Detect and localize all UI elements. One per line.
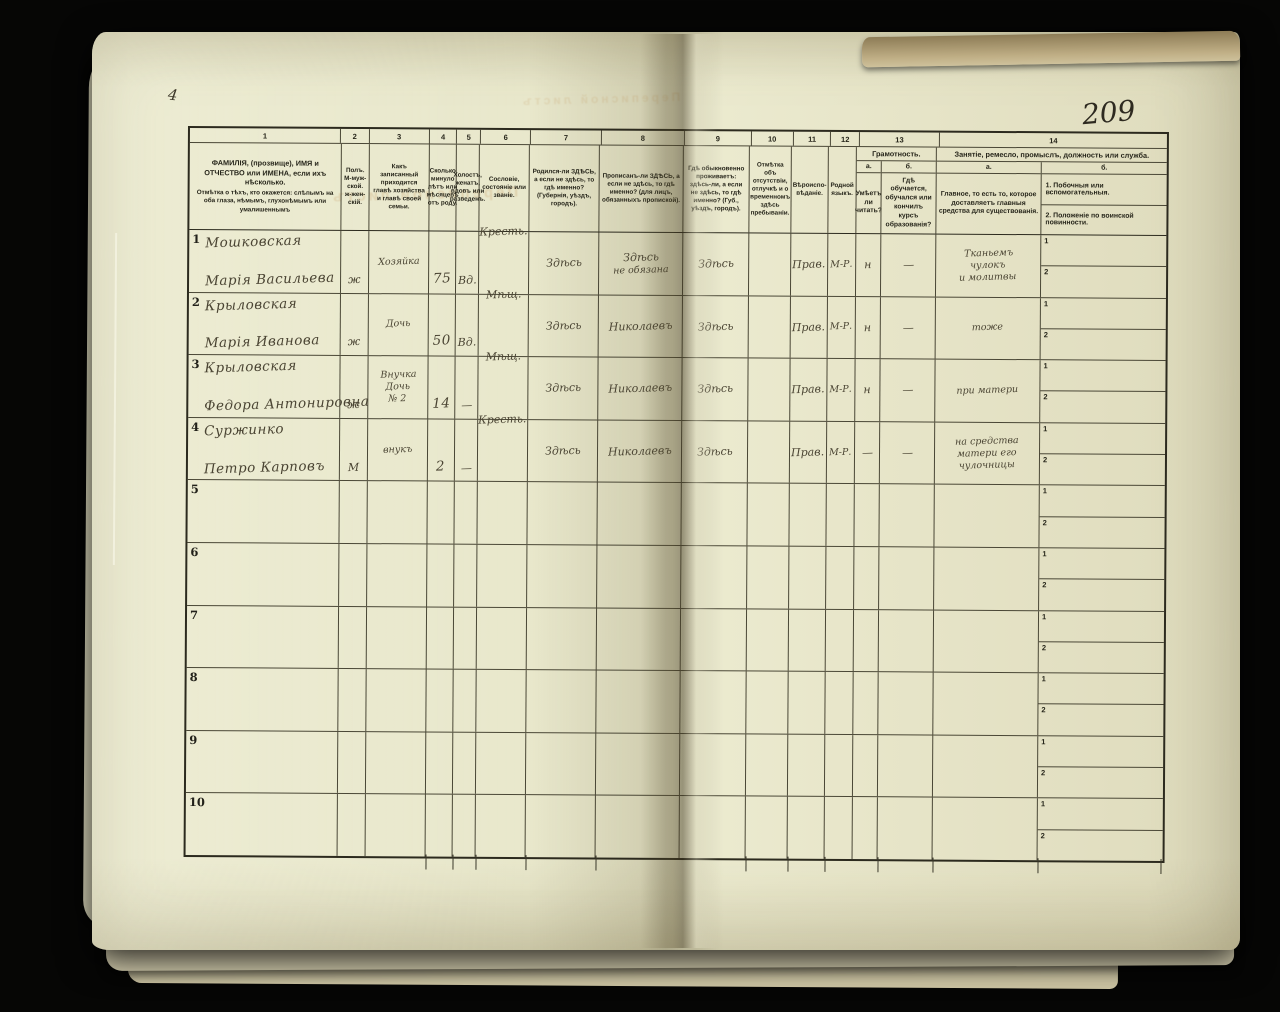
sublabel-b: б. bbox=[1042, 162, 1167, 175]
cell-residence bbox=[680, 671, 746, 733]
cell-language bbox=[825, 735, 853, 797]
cell-sex bbox=[339, 544, 367, 606]
relation-line1: Дочь bbox=[386, 318, 411, 331]
cell-absence bbox=[749, 296, 791, 358]
marital-handwriting: Вд. bbox=[457, 336, 476, 350]
cell-birthplace bbox=[527, 608, 597, 670]
cell-name: 4 Суржинко Петро Карповъ bbox=[188, 418, 340, 481]
row-number: 4 bbox=[191, 420, 199, 434]
table-row: 5 bbox=[187, 480, 1164, 549]
cell-residence bbox=[681, 546, 747, 608]
sex-handwriting: ж bbox=[348, 335, 361, 349]
col-number: 2 bbox=[341, 129, 370, 143]
side-occupation-slot2: 2 bbox=[1039, 517, 1164, 548]
relation-line2: Дочь bbox=[385, 381, 410, 394]
header-can-read: Умѣетъ ли читать? bbox=[856, 173, 880, 233]
relation-line1: внукъ bbox=[383, 444, 413, 457]
cell-residence: Здѣсь bbox=[683, 296, 749, 358]
slot2-label: 2 bbox=[1041, 706, 1045, 715]
surname-handwriting bbox=[202, 732, 335, 736]
slot2-label: 2 bbox=[1041, 831, 1045, 840]
cell-can-read bbox=[853, 797, 878, 859]
slot2-label: 2 bbox=[1042, 580, 1046, 589]
language-handwriting: М-Р. bbox=[830, 259, 853, 272]
col-number: 3 bbox=[370, 129, 430, 143]
cell-side-occupation: 1 2 bbox=[1040, 423, 1165, 485]
side-occupation-slot2: 2 bbox=[1038, 830, 1163, 861]
slot2-label: 2 bbox=[1044, 330, 1048, 339]
cell-relation bbox=[367, 607, 427, 669]
table-row: 4 Суржинко Петро Карповъ М внукъ 2 — Кре… bbox=[188, 418, 1165, 487]
header-occupation-side1: 1. Побочныя или вспомогательныя. bbox=[1042, 174, 1167, 205]
cell-side-occupation: 1 2 bbox=[1039, 548, 1164, 610]
cell-age: 2 bbox=[428, 419, 455, 481]
surname-handwriting bbox=[203, 545, 336, 549]
cell-occupation bbox=[933, 673, 1038, 735]
cell-language: М-Р. bbox=[828, 234, 856, 296]
religion-handwriting: Прав. bbox=[792, 382, 825, 397]
cell-occupation bbox=[934, 610, 1039, 672]
slot1-label: 1 bbox=[1042, 612, 1046, 621]
header-estate: Сословіе, состояніе или званіе. bbox=[479, 145, 530, 231]
education-handwriting: — bbox=[901, 446, 912, 460]
cell-age bbox=[426, 795, 453, 857]
cell-sex bbox=[338, 732, 366, 794]
given-name-handwriting bbox=[202, 787, 335, 791]
col-number: 8 bbox=[601, 131, 685, 146]
relation-line3: № 2 bbox=[389, 393, 407, 405]
cell-age bbox=[427, 482, 454, 544]
cell-marital bbox=[453, 670, 476, 732]
cell-estate bbox=[477, 545, 527, 607]
cell-language bbox=[825, 672, 853, 734]
cell-registration bbox=[597, 483, 681, 545]
cell-registration: Николаевъ bbox=[598, 420, 682, 482]
given-name-handwriting: Федора Антонировна bbox=[204, 395, 337, 416]
estate-handwriting: Мѣщ. bbox=[485, 350, 521, 365]
cell-absence bbox=[747, 484, 789, 546]
given-name-handwriting: Марія Васильева bbox=[205, 269, 338, 290]
sublabel-a: а. bbox=[857, 161, 881, 173]
residence-handwriting: Здѣсь bbox=[696, 444, 732, 459]
given-name-handwriting bbox=[203, 662, 336, 666]
slot1-label: 1 bbox=[1043, 487, 1047, 496]
relation-line1: Хозяйка bbox=[378, 256, 420, 269]
row-number: 3 bbox=[192, 357, 200, 371]
religion-handwriting: Прав. bbox=[792, 320, 825, 335]
cell-sex: ж bbox=[340, 356, 368, 418]
cell-registration: Николаевъ bbox=[599, 295, 683, 357]
slot2-label: 2 bbox=[1043, 455, 1047, 464]
cell-can-read bbox=[854, 547, 879, 609]
sex-handwriting: ж bbox=[347, 398, 360, 412]
cell-residence bbox=[681, 609, 747, 671]
header-occupation-main-text: Главное, то есть то, которое доставляетъ… bbox=[936, 174, 1040, 235]
row-number: 6 bbox=[190, 545, 198, 559]
side-occupation-slot1: 1 bbox=[1038, 673, 1163, 705]
cell-education: — bbox=[881, 297, 936, 359]
surname-handwriting bbox=[203, 607, 336, 611]
given-name-handwriting: Петро Карповъ bbox=[204, 457, 337, 478]
occupation-line1: тоже bbox=[972, 322, 1003, 335]
row-number: 5 bbox=[191, 482, 199, 496]
registration-line1: Николаевъ bbox=[608, 318, 672, 334]
header-literacy-a: а. Умѣетъ ли читать? bbox=[856, 161, 881, 233]
header-occupation-side: б. 1. Побочныя или вспомогательныя. 2. П… bbox=[1041, 162, 1166, 235]
marital-handwriting: Вд. bbox=[458, 273, 477, 287]
cell-name: 3 Крыловская Федора Антонировна bbox=[188, 355, 340, 418]
slot1-label: 1 bbox=[1044, 236, 1048, 245]
header-occupation-group: Занятіе, ремесло, промыслъ, должность ил… bbox=[936, 148, 1167, 235]
cell-education: — bbox=[880, 359, 935, 421]
religion-handwriting: Прав. bbox=[792, 257, 825, 272]
header-language: Родной языкъ. bbox=[828, 147, 857, 233]
cell-language bbox=[826, 609, 854, 671]
cell-marital: — bbox=[455, 357, 478, 419]
handwritten-sheet-number: 4 bbox=[167, 85, 179, 104]
header-religion: Вѣроиспо-вѣданіе. bbox=[791, 147, 829, 233]
language-handwriting: М-Р. bbox=[830, 384, 853, 397]
col-number: 12 bbox=[831, 132, 860, 146]
cell-age: 50 bbox=[429, 294, 456, 356]
cell-registration bbox=[596, 671, 680, 733]
cell-religion bbox=[789, 547, 826, 609]
cell-education bbox=[878, 798, 933, 860]
cell-side-occupation: 1 2 bbox=[1038, 673, 1163, 735]
side-occupation-slot1: 1 bbox=[1040, 360, 1165, 392]
cell-marital bbox=[454, 607, 477, 669]
cell-can-read bbox=[853, 735, 878, 797]
cell-sex bbox=[338, 669, 366, 731]
side-occupation-slot2: 2 bbox=[1040, 392, 1165, 423]
can-read-handwriting: — bbox=[861, 446, 872, 460]
cell-registration bbox=[597, 608, 681, 670]
side-occupation-slot2: 2 bbox=[1038, 705, 1163, 736]
cell-registration: Николаевъ bbox=[598, 358, 682, 420]
cell-sex: ж bbox=[341, 231, 369, 293]
table-row: 7 bbox=[187, 606, 1164, 675]
occupation-line3: и молитвы bbox=[959, 271, 1017, 285]
cell-religion: Прав. bbox=[790, 359, 827, 421]
cell-absence bbox=[748, 359, 790, 421]
cell-occupation bbox=[934, 485, 1039, 547]
cell-residence bbox=[680, 796, 746, 858]
cell-marital: — bbox=[455, 419, 478, 481]
cell-education bbox=[879, 610, 934, 672]
cell-residence: Здѣсь bbox=[682, 358, 748, 420]
education-handwriting: — bbox=[902, 321, 913, 335]
surname-handwriting: Крыловская bbox=[205, 294, 338, 315]
cell-registration: Здѣсь не обязана bbox=[599, 233, 683, 295]
sublabel-b: б. bbox=[882, 161, 936, 173]
marital-handwriting: — bbox=[461, 399, 472, 413]
religion-handwriting: Прав. bbox=[791, 445, 824, 460]
relation-line1: Внучка bbox=[380, 369, 416, 382]
cell-marital bbox=[454, 482, 477, 544]
given-name-handwriting: Марія Иванова bbox=[204, 332, 337, 353]
sublabel-a: а. bbox=[937, 162, 1041, 175]
cell-education: — bbox=[880, 422, 935, 484]
side-occupation-slot1: 1 bbox=[1039, 611, 1164, 643]
cell-relation bbox=[366, 794, 426, 856]
language-handwriting: М-Р. bbox=[830, 321, 853, 334]
cell-can-read: н bbox=[856, 297, 881, 359]
cell-side-occupation: 1 2 bbox=[1041, 235, 1166, 297]
given-name-handwriting bbox=[202, 850, 335, 854]
slot2-label: 2 bbox=[1041, 768, 1045, 777]
cell-can-read bbox=[854, 484, 879, 546]
slot2-label: 2 bbox=[1043, 393, 1047, 402]
cell-birthplace bbox=[527, 545, 597, 607]
cell-birthplace: Здѣсь bbox=[528, 357, 598, 419]
cell-birthplace bbox=[527, 482, 597, 544]
marital-handwriting: — bbox=[460, 461, 471, 475]
cell-birthplace bbox=[526, 670, 596, 732]
cell-occupation: Тканьемъ чулокъ и молитвы bbox=[936, 235, 1041, 297]
row-number: 10 bbox=[189, 795, 205, 809]
cell-marital: Вд. bbox=[456, 232, 479, 294]
side-occupation-slot2: 2 bbox=[1040, 454, 1165, 485]
cell-occupation: при матери bbox=[935, 360, 1040, 422]
cell-relation bbox=[366, 732, 426, 794]
cell-marital bbox=[454, 545, 477, 607]
age-handwriting: 50 bbox=[432, 333, 451, 350]
table-row: 9 bbox=[186, 731, 1163, 800]
surname-handwriting: Мошковская bbox=[205, 232, 338, 253]
cell-estate: Мѣщ. bbox=[479, 294, 529, 356]
slot1-label: 1 bbox=[1044, 299, 1048, 308]
side-occupation-slot2: 2 bbox=[1039, 579, 1164, 610]
table-row: 1 Мошковская Марія Васильева ж Хозяйка 7… bbox=[189, 230, 1166, 299]
education-handwriting: — bbox=[902, 383, 913, 397]
col-number: 14 bbox=[940, 133, 1167, 148]
header-education: Гдѣ обучается, обучался или кончилъ курс… bbox=[881, 173, 935, 233]
cell-religion: Прав. bbox=[790, 421, 827, 483]
cell-religion bbox=[789, 484, 826, 546]
cell-absence bbox=[746, 734, 788, 796]
header-sex: Полъ. М-муж-ской. ж-жен-скій. bbox=[341, 144, 370, 230]
cell-estate: Кресть. bbox=[478, 420, 528, 482]
cell-birthplace: Здѣсь bbox=[529, 232, 599, 294]
cell-relation: Дочь bbox=[369, 294, 429, 356]
surname-handwriting bbox=[203, 670, 336, 674]
side-occupation-slot1: 1 bbox=[1038, 799, 1163, 831]
table-row: 10 bbox=[186, 793, 1163, 861]
cell-education bbox=[879, 485, 934, 547]
row-number: 1 bbox=[192, 232, 200, 246]
can-read-handwriting: н bbox=[864, 383, 872, 397]
cell-estate bbox=[476, 670, 526, 732]
side-occupation-slot1: 1 bbox=[1041, 235, 1166, 267]
cell-language bbox=[826, 484, 854, 546]
education-handwriting: — bbox=[902, 258, 913, 272]
given-name-handwriting bbox=[204, 537, 337, 541]
cell-sex bbox=[339, 606, 367, 668]
cell-relation bbox=[366, 669, 426, 731]
col-number: 13 bbox=[860, 132, 940, 146]
residence-handwriting: Здѣсь bbox=[697, 382, 733, 397]
cell-occupation bbox=[934, 548, 1039, 610]
birthplace-handwriting: Здѣсь bbox=[545, 381, 581, 396]
table-row: 2 Крыловская Марія Иванова ж Дочь 50 Вд.… bbox=[189, 293, 1166, 362]
col-number: 11 bbox=[794, 132, 832, 146]
cell-name: 9 bbox=[186, 731, 338, 794]
cell-relation: Внучка Дочь № 2 bbox=[368, 356, 428, 418]
row-number: 7 bbox=[190, 608, 198, 622]
cell-occupation bbox=[933, 798, 1038, 860]
registration-line1: Здѣсь bbox=[623, 250, 659, 265]
side-occupation-slot1: 1 bbox=[1039, 548, 1164, 580]
cell-occupation bbox=[933, 735, 1038, 797]
cell-can-read bbox=[854, 610, 879, 672]
cell-relation bbox=[367, 544, 427, 606]
occupation-line2: чулокъ bbox=[970, 259, 1006, 272]
birthplace-handwriting: Здѣсь bbox=[546, 256, 582, 271]
cell-residence bbox=[681, 483, 747, 545]
cell-education bbox=[878, 735, 933, 797]
col-number: 10 bbox=[751, 131, 794, 145]
header-name-main: ФАМИЛІЯ, (прозвище), ИМЯ и ОТЧЕСТВО или … bbox=[192, 158, 339, 187]
header-literacy-group: Грамотность. а. Умѣетъ ли читать? б. Гдѣ… bbox=[856, 147, 937, 233]
cell-age: 14 bbox=[428, 357, 455, 419]
cell-estate bbox=[477, 482, 527, 544]
cell-religion: Прав. bbox=[791, 296, 828, 358]
cell-religion: Прав. bbox=[791, 234, 828, 296]
row-number: 2 bbox=[192, 295, 200, 309]
cell-side-occupation: 1 2 bbox=[1038, 799, 1163, 861]
handwritten-page-number: 209 bbox=[1081, 94, 1137, 132]
estate-handwriting: Мѣщ. bbox=[486, 287, 522, 302]
surname-handwriting bbox=[204, 482, 337, 486]
language-handwriting: М-Р. bbox=[829, 446, 852, 459]
cell-occupation: тоже bbox=[936, 297, 1041, 359]
col-number: 7 bbox=[531, 130, 601, 144]
cell-education bbox=[878, 672, 933, 734]
cell-can-read: н bbox=[856, 234, 881, 296]
cell-age: 75 bbox=[429, 231, 456, 293]
sex-handwriting: ж bbox=[348, 273, 361, 287]
cell-relation bbox=[367, 481, 427, 543]
occupation-line1: при матери bbox=[956, 384, 1018, 398]
cell-registration bbox=[596, 733, 680, 795]
header-row: ФАМИЛІЯ, (прозвище), ИМЯ и ОТЧЕСТВО или … bbox=[189, 143, 1167, 236]
cell-language: М-Р. bbox=[827, 422, 855, 484]
registration-line2: не обязана bbox=[613, 264, 669, 277]
cell-absence bbox=[747, 546, 789, 608]
side-occupation-slot2: 2 bbox=[1039, 642, 1164, 673]
cell-marital bbox=[453, 732, 476, 794]
cell-estate: Мѣщ. bbox=[478, 357, 528, 419]
cell-sex bbox=[338, 794, 366, 856]
cell-name: 7 bbox=[187, 606, 339, 669]
cell-name: 6 bbox=[187, 543, 339, 606]
side-occupation-slot2: 2 bbox=[1041, 267, 1166, 298]
surname-handwriting: Крыловская bbox=[204, 357, 337, 378]
cell-name: 2 Крыловская Марія Иванова bbox=[189, 293, 341, 356]
cell-absence bbox=[748, 421, 790, 483]
birthplace-handwriting: Здѣсь bbox=[545, 318, 581, 333]
slot1-label: 1 bbox=[1042, 549, 1046, 558]
side-occupation-slot1: 1 bbox=[1040, 423, 1165, 455]
cell-registration bbox=[597, 545, 681, 607]
birthplace-handwriting: Здѣсь bbox=[544, 443, 580, 458]
cell-registration bbox=[596, 796, 680, 858]
cell-age bbox=[427, 607, 454, 669]
header-marital: Холостъ, женатъ, вдовъ или разведенъ. bbox=[456, 145, 480, 231]
table-row: 3 Крыловская Федора Антонировна ж Внучка… bbox=[188, 355, 1165, 424]
cell-marital: Вд. bbox=[456, 294, 479, 356]
slot2-label: 2 bbox=[1042, 643, 1046, 652]
header-literacy-b: б. Гдѣ обучается, обучался или кончилъ к… bbox=[881, 161, 935, 233]
cell-residence: Здѣсь bbox=[682, 421, 748, 483]
scanned-census-spread: Переписной листъ Переписной листъ 4 209 … bbox=[0, 0, 1280, 1012]
cell-residence: Здѣсь bbox=[683, 233, 749, 295]
cell-side-occupation: 1 2 bbox=[1039, 611, 1164, 673]
header-birthplace: Родился-ли ЗДѢСЬ, а если не здѣсь, то гд… bbox=[529, 145, 600, 231]
cell-estate: Кресть. bbox=[479, 232, 529, 294]
side-occupation-slot2: 2 bbox=[1041, 329, 1166, 360]
col-number: 1 bbox=[190, 128, 341, 143]
table-body: 1 Мошковская Марія Васильева ж Хозяйка 7… bbox=[186, 230, 1167, 861]
registration-line1: Николаевъ bbox=[608, 381, 672, 397]
cell-can-read: н bbox=[855, 359, 880, 421]
occupation-line1: Тканьемъ bbox=[964, 247, 1013, 260]
cell-sex: ж bbox=[341, 294, 369, 356]
header-residence: Гдѣ обыкновенно проживаетъ: здѣсь-ли, а … bbox=[683, 146, 750, 232]
cell-side-occupation: 1 2 bbox=[1040, 360, 1165, 422]
cell-estate bbox=[476, 795, 526, 857]
header-literacy-title: Грамотность. bbox=[857, 147, 936, 161]
side-occupation-slot2: 2 bbox=[1038, 767, 1163, 798]
header-occupation-main: а. Главное, то есть то, которое доставля… bbox=[936, 162, 1041, 235]
surname-handwriting bbox=[202, 795, 335, 799]
header-name: ФАМИЛІЯ, (прозвище), ИМЯ и ОТЧЕСТВО или … bbox=[189, 143, 342, 230]
cell-birthplace bbox=[526, 733, 596, 795]
age-handwriting: 2 bbox=[436, 458, 446, 475]
cell-absence bbox=[749, 233, 791, 295]
header-absence: Отмѣтка объ отсутствіи, отлучкѣ и о врем… bbox=[749, 146, 792, 232]
cell-religion bbox=[788, 734, 825, 796]
cell-education: — bbox=[881, 234, 936, 296]
cell-religion bbox=[788, 672, 825, 734]
table-row: 6 bbox=[187, 543, 1164, 612]
estate-handwriting: Кресть. bbox=[480, 224, 529, 239]
slot1-label: 1 bbox=[1043, 424, 1047, 433]
cell-residence bbox=[680, 734, 746, 796]
can-read-handwriting: н bbox=[864, 321, 872, 335]
cell-birthplace bbox=[526, 795, 596, 857]
cell-name: 1 Мошковская Марія Васильева bbox=[189, 230, 341, 293]
sex-handwriting: М bbox=[348, 460, 360, 474]
cell-birthplace: Здѣсь bbox=[528, 420, 598, 482]
cell-side-occupation: 1 2 bbox=[1041, 298, 1166, 360]
can-read-handwriting: н bbox=[864, 258, 872, 272]
cell-can-read: — bbox=[855, 422, 880, 484]
row-number: 9 bbox=[189, 733, 197, 747]
cell-religion bbox=[789, 609, 826, 671]
cell-language: М-Р. bbox=[827, 359, 855, 421]
cell-birthplace: Здѣсь bbox=[529, 295, 599, 357]
cell-estate bbox=[477, 607, 527, 669]
cell-side-occupation: 1 2 bbox=[1039, 486, 1164, 548]
cell-absence bbox=[746, 797, 788, 859]
age-handwriting: 14 bbox=[432, 395, 451, 412]
side-occupation-slot1: 1 bbox=[1038, 736, 1163, 768]
cell-relation: Хозяйка bbox=[369, 231, 429, 293]
slot1-label: 1 bbox=[1044, 361, 1048, 370]
slot2-label: 2 bbox=[1044, 268, 1048, 277]
cell-estate bbox=[476, 733, 526, 795]
